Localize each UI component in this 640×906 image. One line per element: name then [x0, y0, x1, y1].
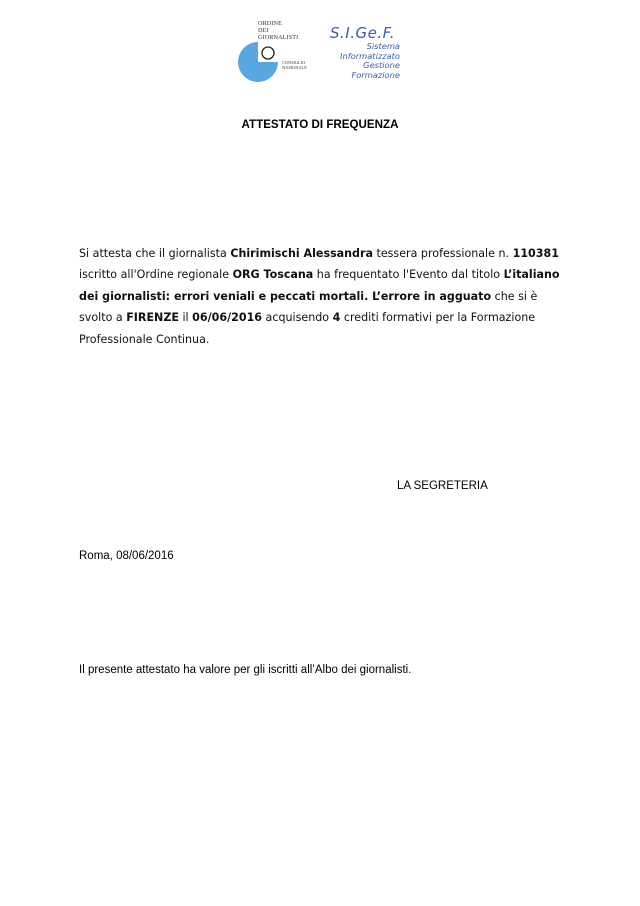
odg-logo: ORDINE DEI GIORNALISTI CONSIGLIO NAZIONA…	[238, 20, 308, 82]
regional-order: ORG Toscana	[233, 268, 314, 281]
sigef-logo-title: S.I.Ge.F.	[330, 24, 400, 42]
sigef-logo-line: Formazione	[330, 71, 400, 81]
journalist-name: Chirimischi Alessandra	[230, 247, 373, 260]
signature: LA SEGRETERIA	[397, 480, 488, 492]
validity-note: Il presente attestato ha valore per gli …	[79, 664, 411, 676]
event-date: 06/06/2016	[192, 311, 262, 324]
odg-logo-top-text: ORDINE DEI GIORNALISTI	[258, 20, 298, 41]
odg-logo-bottom-text: CONSIGLIO NAZIONALE	[282, 60, 307, 70]
document-title: ATTESTATO DI FREQUENZA	[0, 118, 640, 131]
card-number: 110381	[513, 247, 559, 260]
sigef-logo: S.I.Ge.F. Sistema Informatizzato Gestion…	[330, 24, 400, 80]
event-city: FIRENZE	[126, 311, 179, 324]
certificate-body: Si attesta che il giornalista Chirimisch…	[79, 243, 569, 350]
place-date: Roma, 08/06/2016	[79, 550, 174, 562]
